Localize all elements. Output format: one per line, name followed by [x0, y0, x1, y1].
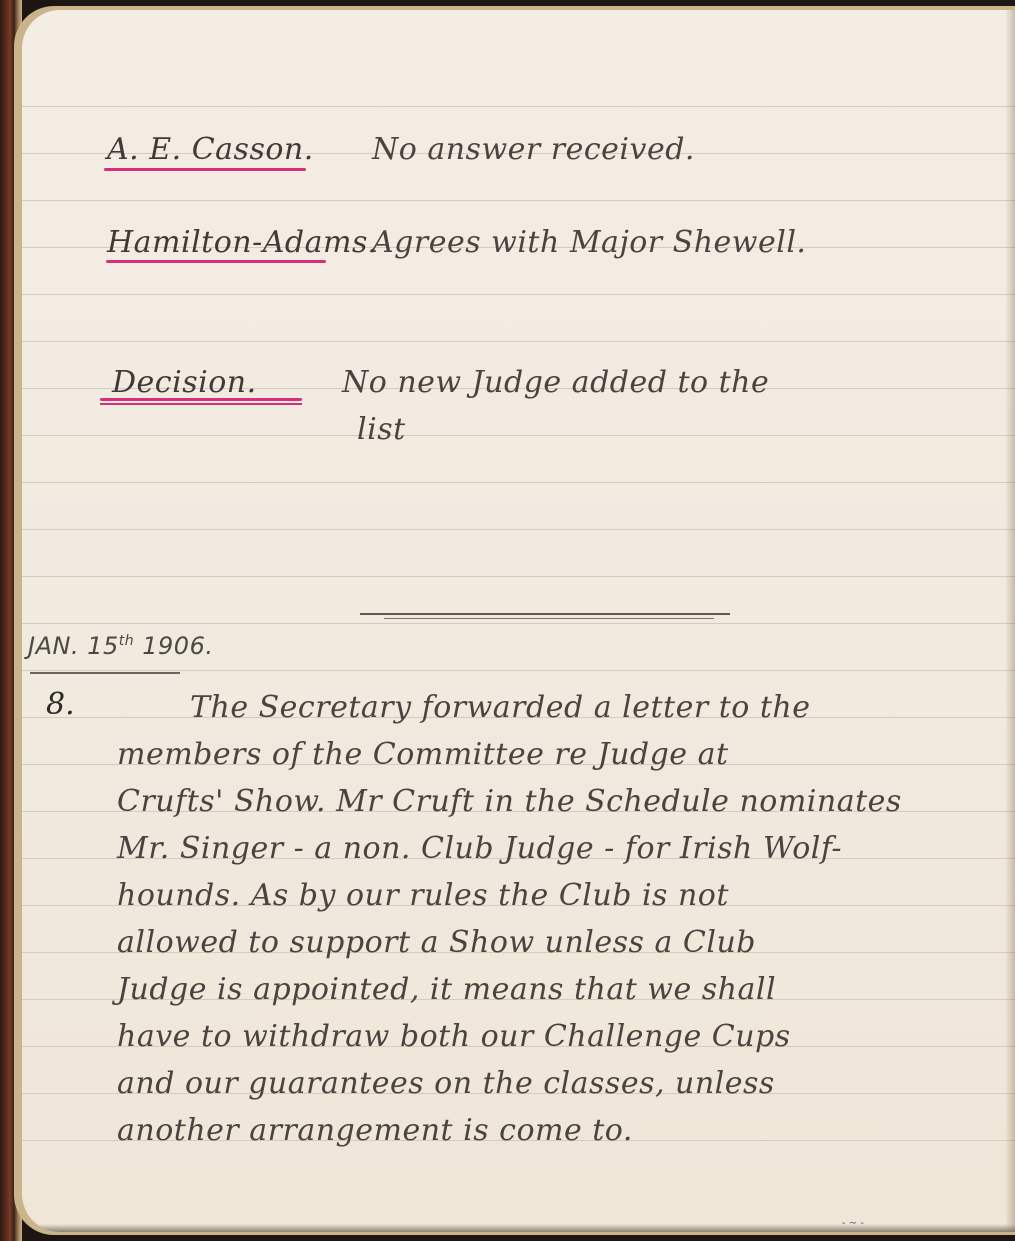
decision-text-line1: No new Judge added to the [342, 365, 769, 400]
response-text: Agrees with Major Shewell. [372, 225, 806, 260]
ruled-line [22, 200, 1015, 201]
ruled-line [22, 294, 1015, 295]
item-number: 8. [46, 687, 75, 722]
notebook-page: A. E. Casson. No answer received. Hamilt… [22, 10, 1015, 1232]
entry-line: Mr. Singer - a non. Club Judge - for Iri… [117, 831, 842, 866]
respondent-name: A. E. Casson. [107, 132, 314, 167]
ruled-line [22, 529, 1015, 530]
page-bottom-shadow [22, 1224, 1015, 1232]
decision-label: Decision. [112, 365, 257, 400]
entry-line: another arrangement is come to. [117, 1113, 633, 1148]
name-underline [106, 260, 326, 263]
date-underline [30, 672, 180, 674]
entry-line: have to withdraw both our Challenge Cups [117, 1019, 791, 1054]
entry-date: JAN. 15th 1906. [28, 632, 213, 660]
section-divider [360, 613, 730, 615]
respondent-name: Hamilton-Adams. [107, 225, 378, 260]
entry-line: Crufts' Show. Mr Cruft in the Schedule n… [117, 784, 902, 819]
entry-line: The Secretary forwarded a letter to the [190, 690, 811, 725]
section-divider [384, 618, 714, 619]
entry-line: hounds. As by our rules the Club is not [117, 878, 729, 913]
decision-underline [100, 398, 302, 401]
response-text: No answer received. [372, 132, 695, 167]
decision-text-line2: list [357, 412, 406, 447]
entry-line: allowed to support a Show unless a Club [117, 925, 756, 960]
ruled-line [22, 435, 1015, 436]
entry-line: Judge is appointed, it means that we sha… [117, 972, 776, 1007]
entry-line: and our guarantees on the classes, unles… [117, 1066, 775, 1101]
date-ordinal: th [119, 633, 134, 649]
name-underline [104, 168, 306, 171]
ruled-line [22, 670, 1015, 671]
ruled-line [22, 482, 1015, 483]
ruled-line [22, 576, 1015, 577]
ruled-line [22, 106, 1015, 107]
date-day: JAN. 15 [28, 632, 119, 660]
date-year: 1906. [142, 632, 213, 660]
ruled-line [22, 623, 1015, 624]
entry-line: members of the Committee re Judge at [117, 737, 729, 772]
ruled-line [22, 341, 1015, 342]
